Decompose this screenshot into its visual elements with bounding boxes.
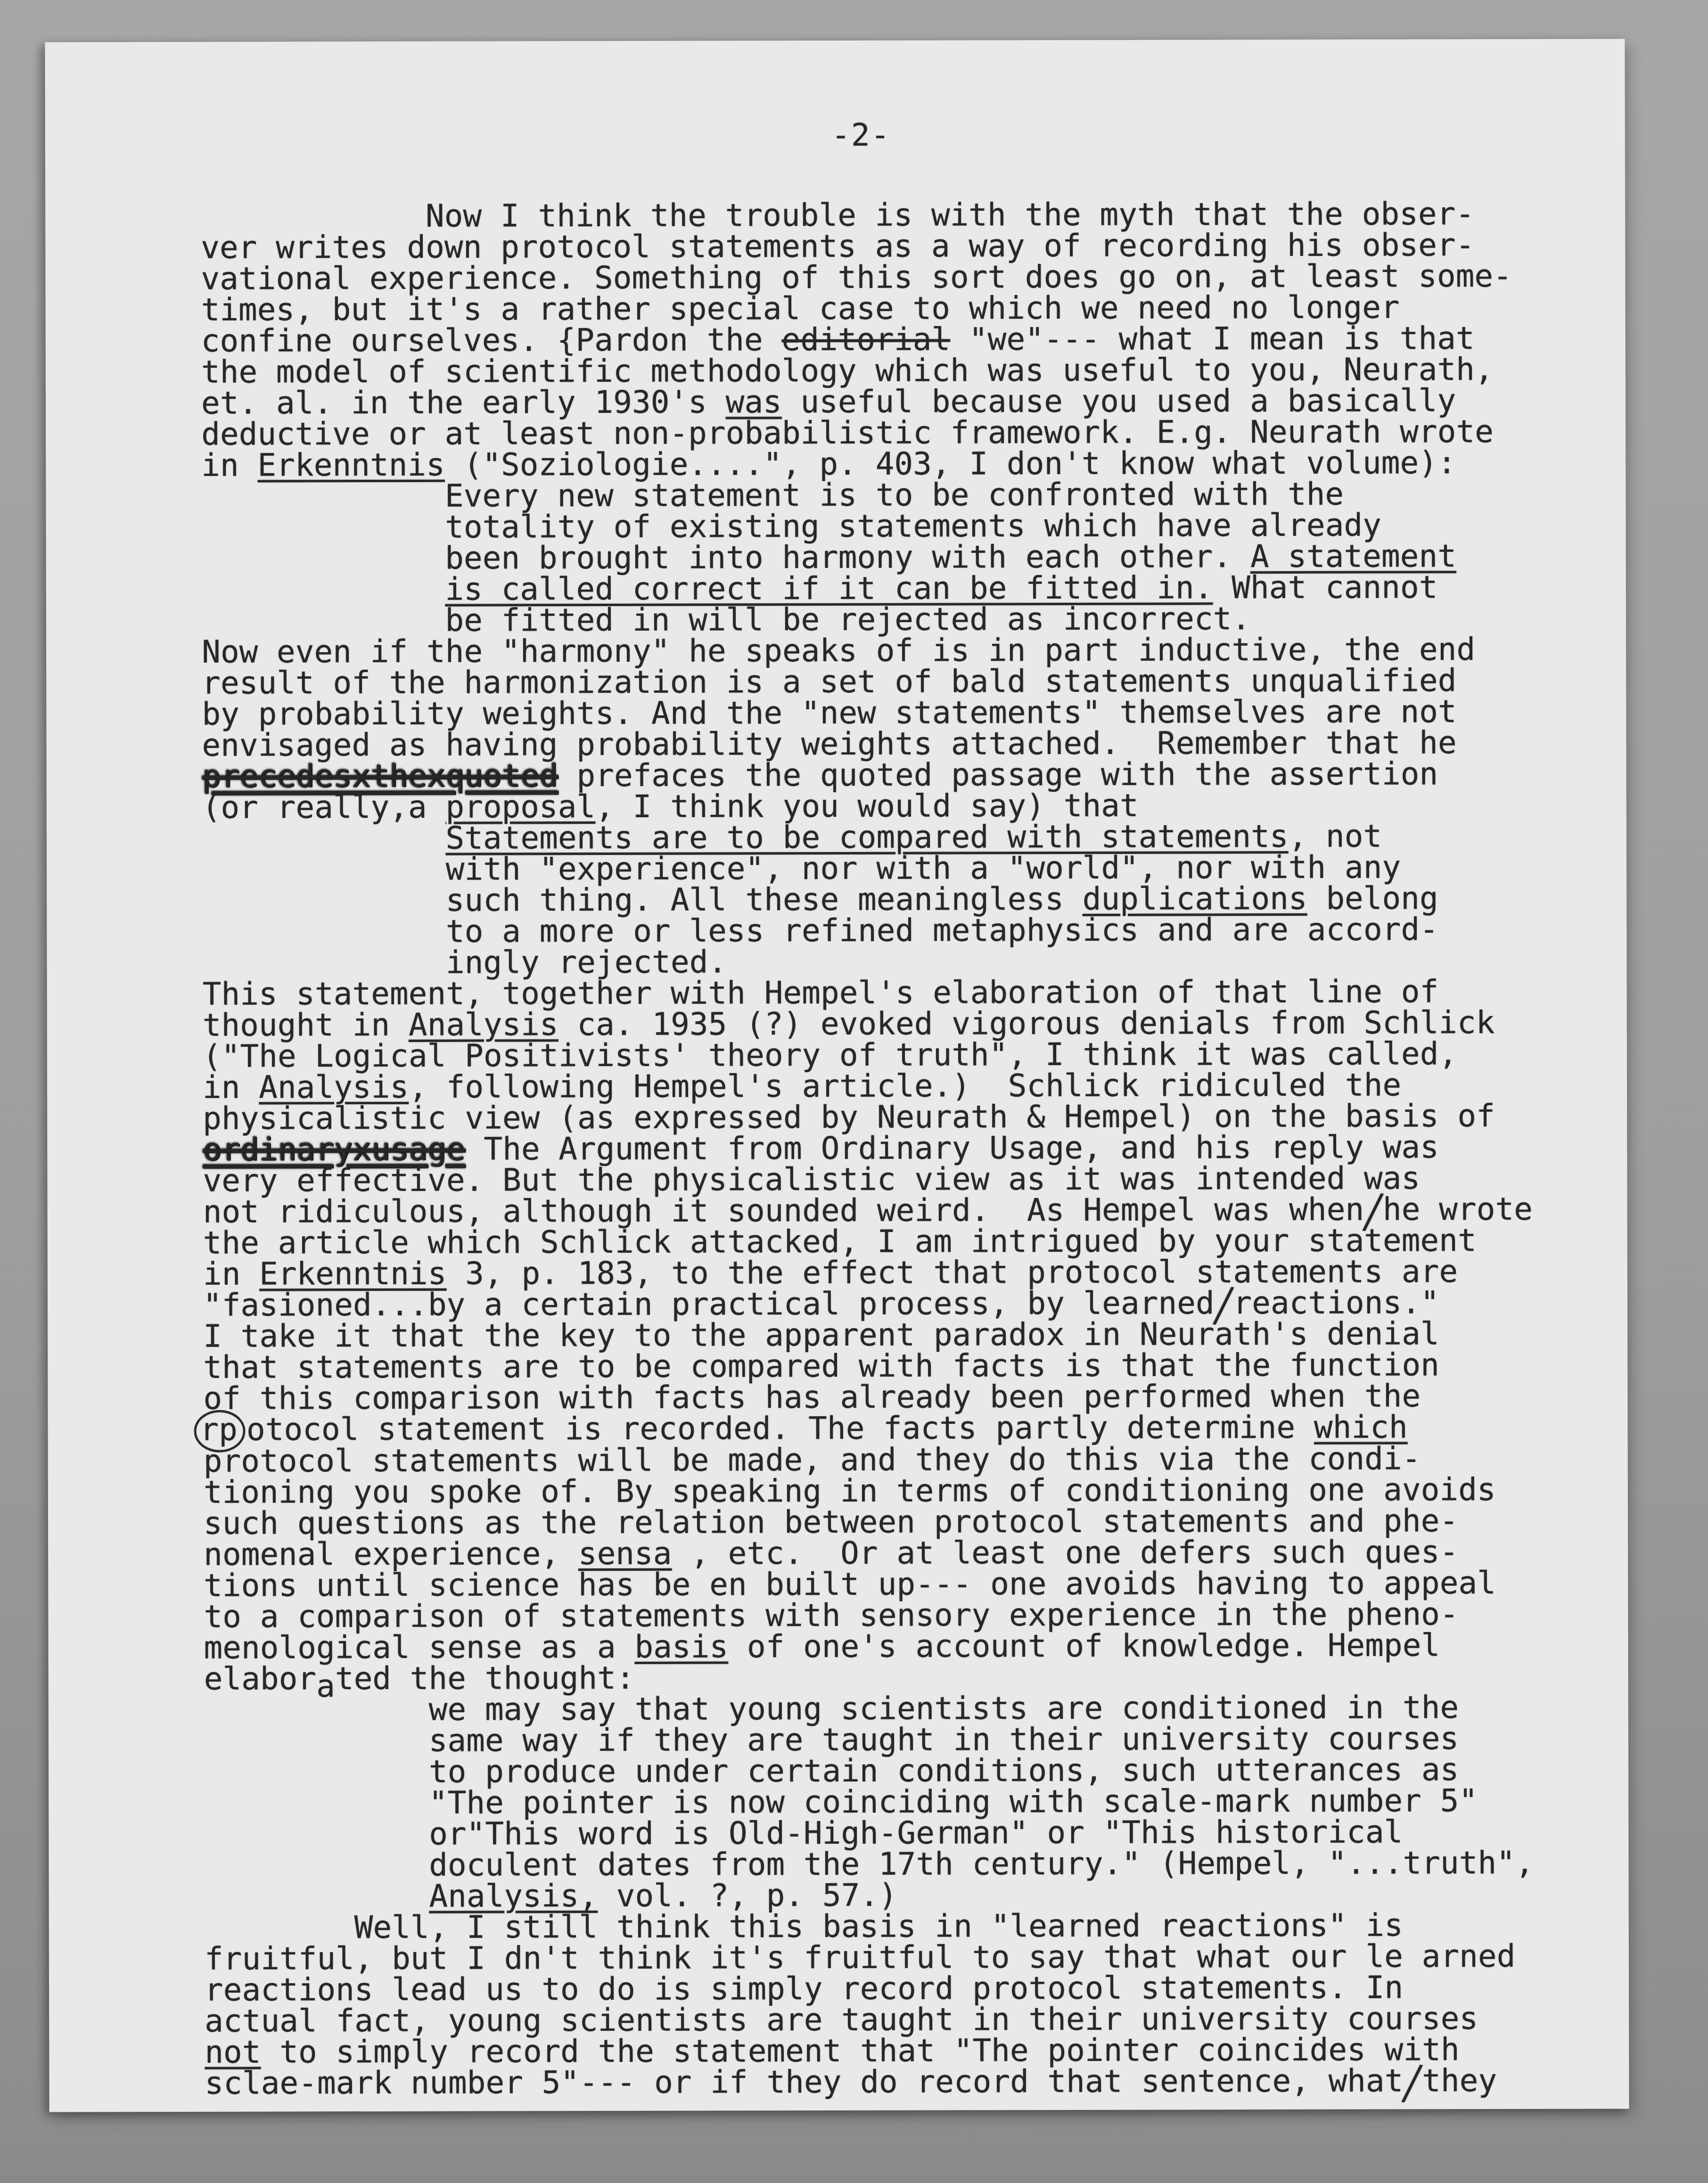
text-line-13: is called correct if it can be fitted in… bbox=[202, 572, 1522, 606]
dropped-subscript-char: a bbox=[316, 1668, 335, 1704]
text-lines: Now I think the trouble is with the myth… bbox=[201, 198, 1525, 2099]
underlined-text: basis bbox=[634, 1628, 728, 1665]
underlined-text: Erkenntnis bbox=[257, 447, 445, 484]
typed-text: (or really,a bbox=[202, 789, 446, 826]
underlined-text: which bbox=[1314, 1409, 1408, 1445]
typewritten-page: -2- Now I think the trouble is with the … bbox=[45, 39, 1629, 2112]
scanned-photo-background: { "document": { "kind": "typewritten-let… bbox=[0, 0, 1708, 2183]
page-number: -2- bbox=[201, 118, 1521, 152]
text-line-19: precedesxthexquoted prefaces the quoted … bbox=[202, 758, 1523, 792]
text-line-54: doculent dates from the 17th century." (… bbox=[204, 1847, 1525, 1881]
typed-text: in bbox=[201, 447, 257, 484]
text-line-47: menological sense as a basis of one's ac… bbox=[204, 1630, 1524, 1664]
typed-text: they bbox=[1422, 2062, 1497, 2099]
typed-text: sclae-mark number 5"--- or if they do re… bbox=[205, 2062, 1403, 2101]
text-line-61: sclae-mark number 5"--- or if they do re… bbox=[205, 2065, 1525, 2099]
typed-text: of one's account of knowledge. Hempel bbox=[728, 1627, 1440, 1665]
typed-text: elabor bbox=[204, 1660, 317, 1697]
page-text-column: -2- Now I think the trouble is with the … bbox=[45, 39, 1629, 2099]
text-line-24: to a more or less refined metaphysics an… bbox=[202, 914, 1523, 948]
